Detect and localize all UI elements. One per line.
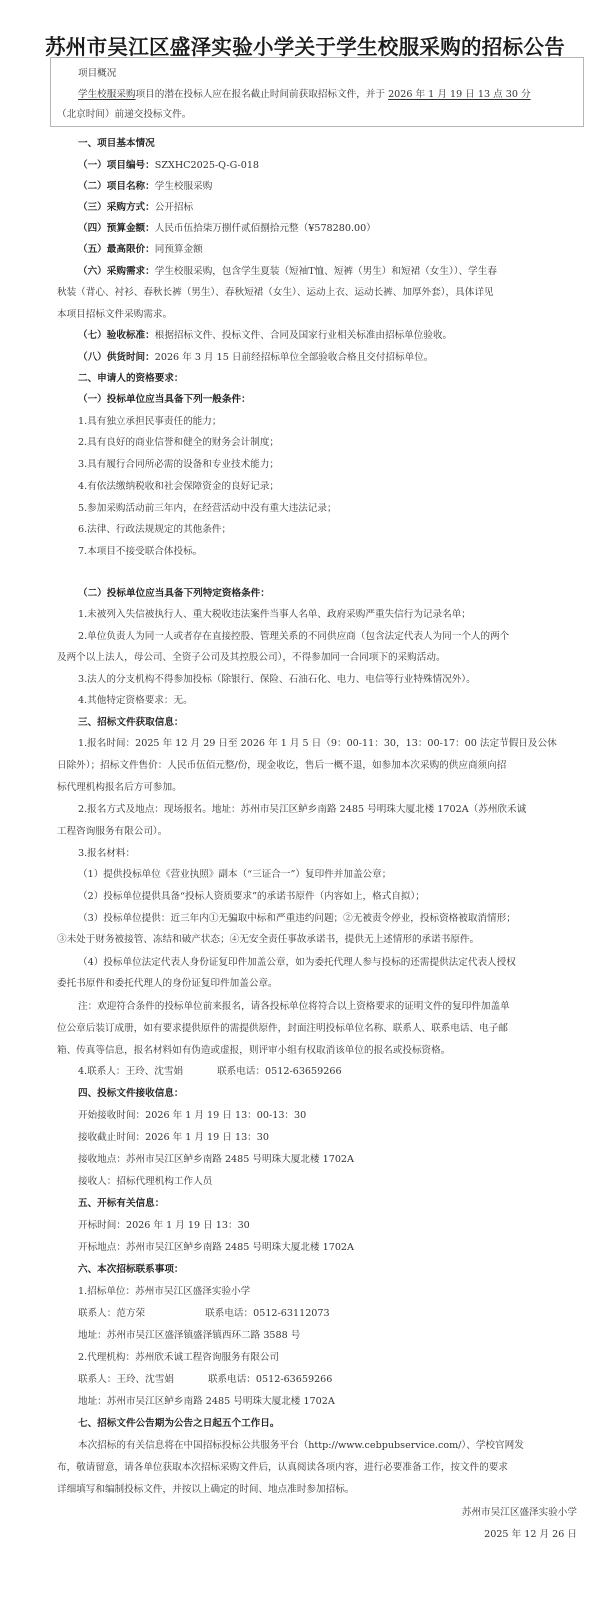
section-2-heading: 二、申请人的资格要求： (78, 372, 598, 385)
overview-heading: 项目概况 (78, 67, 598, 80)
general-condition: 1.具有独立承担民事责任的能力； (78, 415, 598, 428)
specific-conditions-heading: （二）投标单位应当具备下列特定资格条件： (78, 587, 598, 600)
material-item: （1）提供投标单位《营业执照》副本（“三证合一”）复印件并加盖公章； (78, 868, 598, 881)
specific-condition: 2.单位负责人为同一人或者存在直接控股、管理关系的不同供应商（包含法定代表人为同… (78, 630, 598, 643)
material-item: （4）投标单位法定代表人身份证复印件加盖公章，如为委托代理人参与投标的还需提供法… (78, 956, 598, 969)
tenderer-name: 1.招标单位：苏州市吴江区盛泽实验小学 (78, 1285, 598, 1298)
specific-condition-cont: 及两个以上法人，母公司、全资子公司及其控股公司），不得参加同一合同项下的采购活动… (57, 651, 577, 664)
registration-time-cont: 标代理机构报名后方可参加。 (57, 781, 577, 794)
section-7-heading: 七、招标文件公告期为公告之日起五个工作日。 (78, 1417, 598, 1430)
agency-name: 2.代理机构：苏州欣禾诚工程咨询服务有限公司 (78, 1351, 598, 1364)
specific-condition: 3.法人的分支机构不得参加投标（除银行、保险、石油石化、电力、电信等行业特殊情况… (78, 673, 598, 686)
section-5-heading: 五、开标有关信息： (78, 1197, 598, 1210)
general-condition: 5.参加采购活动前三年内，在经营活动中没有重大违法记录； (78, 502, 598, 515)
material-item: （2）投标单位提供具备“投标人资质要求”的承诺书原件（内容如上，格式自拟）； (78, 890, 598, 903)
signature-org: 苏州市吴江区盛泽实验小学 (462, 1506, 577, 1519)
registration-method: 2.报名方式及地点：现场报名。地址：苏州市吴江区鲈乡南路 2485 号明珠大厦北… (78, 803, 598, 816)
general-condition: 4.有依法缴纳税收和社会保障资金的良好记录； (78, 480, 598, 493)
item-project-name: （二）项目名称：学生校服采购 (78, 180, 598, 193)
note-cont: 位公章后装订成册，如有要求提供原件的需提供原件，封面注明投标单位名称、联系人、联… (57, 1022, 577, 1035)
agency-contact-line: 4.联系人：王玲、沈雪娟联系电话：0512-63659266 (78, 1065, 598, 1078)
material-item-cont: 委托书原件和委托代理人的身份证复印件加盖公章。 (57, 977, 577, 990)
section-4-heading: 四、投标文件接收信息： (78, 1087, 598, 1100)
receipt-info: 接收地点：苏州市吴江区鲈乡南路 2485 号明珠大厦北楼 1702A (78, 1153, 598, 1166)
general-condition: 6.法律、行政法规规定的其他条件； (78, 523, 598, 536)
note-cont: 箱、传真等信息，报名材料如有伪造或虚报，则评审小组有权取消该单位的报名或投标资格… (57, 1044, 577, 1057)
item-max-price: （五）最高限价：同预算金额 (78, 243, 598, 256)
section-6-heading: 六、本次招标联系事项： (78, 1263, 598, 1276)
item-budget: （四）预算金额：人民币伍拾柒万捌仟贰佰捌拾元整（¥578280.00） (78, 222, 598, 235)
general-condition: 7.本项目不接受联合体投标。 (78, 545, 598, 558)
registration-time-cont: 日除外）；招标文件售价：人民币伍佰元整/份，现金收讫，售后一概不退，如参加本次采… (57, 759, 577, 772)
closing-paragraph: 本次招标的有关信息将在中国招标投标公共服务平台（http://www.cebpu… (78, 1439, 598, 1452)
overview-line-2: （北京时间）前递交投标文件。 (57, 108, 577, 121)
item-requirements: （六）采购需求：学生校服采购，包含学生夏装（短袖T恤、短裤（男生）和短裙（女生）… (78, 265, 598, 278)
registration-materials-heading: 3.报名材料： (78, 847, 598, 860)
registration-time: 1.报名时间：2025 年 12 月 29 日至 2026 年 1 月 5 日（… (78, 737, 598, 750)
item-delivery: （八）供货时间：2026 年 3 月 15 日前经招标单位全部验收合格且交付招标… (78, 351, 598, 364)
closing-paragraph-cont: 布，敬请留意，请各单位获取本次招标采购文件后，认真阅读各项内容，进行必要准备工作… (57, 1461, 577, 1474)
opening-info: 开标时间：2026 年 1 月 19 日 13：30 (78, 1219, 598, 1232)
general-conditions-heading: （一）投标单位应当具备下列一般条件： (78, 393, 598, 406)
item-acceptance: （七）验收标准：根据招标文件、投标文件、合同及国家行业相关标准由招标单位验收。 (78, 329, 598, 342)
signature-date: 2025 年 12 月 26 日 (484, 1528, 577, 1541)
item-procurement-method: （三）采购方式：公开招标 (78, 201, 598, 214)
receipt-info: 接收截止时间：2026 年 1 月 19 日 13：30 (78, 1131, 598, 1144)
receipt-info: 接收人：招标代理机构工作人员 (78, 1175, 598, 1188)
agency-address: 地址：苏州市吴江区鲈乡南路 2485 号明珠大厦北楼 1702A (78, 1395, 598, 1408)
specific-condition: 4.其他特定资格要求：无。 (78, 694, 598, 707)
material-item: （3）投标单位提供：近三年内①无骗取中标和严重违约问题；②无被责令停业，投标资格… (78, 912, 598, 925)
overview-line-1: 学生校服采购项目的潜在投标人应在报名截止时间前获取招标文件，并于 2026 年 … (78, 88, 598, 101)
deadline-text: 2026 年 1 月 19 日 13 点 30 分 (388, 89, 531, 100)
general-condition: 3.具有履行合同所必需的设备和专业技术能力； (78, 458, 598, 471)
tenderer-contact-line: 联系人：范方荣联系电话：0512-63112073 (78, 1307, 598, 1320)
receipt-info: 开始接收时间：2026 年 1 月 19 日 13：00-13：30 (78, 1109, 598, 1122)
project-name-link[interactable]: 学生校服采购 (78, 89, 136, 100)
specific-condition: 1.未被列入失信被执行人、重大税收违法案件当事人名单、政府采购严重失信行为记录名… (78, 608, 598, 621)
section-1-heading: 一、项目基本情况 (78, 137, 598, 150)
material-item-cont: ③未处于财务被接管、冻结和破产状态；④无安全责任事故承诺书，提供无上述情形的承诺… (57, 933, 577, 946)
section-3-heading: 三、招标文件获取信息： (78, 716, 598, 729)
page-title: 苏州市吴江区盛泽实验小学关于学生校服采购的招标公告 (0, 30, 610, 60)
registration-method-cont: 工程咨询服务有限公司）。 (57, 825, 577, 838)
general-condition: 2.具有良好的商业信誉和健全的财务会计制度； (78, 436, 598, 449)
tenderer-address: 地址：苏州市吴江区盛泽镇盛泽镇西环二路 3588 号 (78, 1329, 598, 1342)
note: 注：欢迎符合条件的投标单位前来报名，请各投标单位将符合以上资格要求的证明文件的复… (78, 1000, 598, 1013)
opening-info: 开标地点：苏州市吴江区鲈乡南路 2485 号明珠大厦北楼 1702A (78, 1241, 598, 1254)
agency-contact-line: 联系人：王玲、沈雪娟联系电话：0512-63659266 (78, 1373, 598, 1386)
item-requirements-cont-1: 秋装（背心、衬衫、春秋长裤（男生）、春秋短裙（女生）、运动上衣、运动长裤、加厚外… (57, 286, 577, 299)
closing-paragraph-cont: 详细填写和编制投标文件，并按以上确定的时间、地点准时参加招标。 (57, 1483, 577, 1496)
item-requirements-cont-2: 本项目招标文件采购需求。 (57, 308, 577, 321)
item-project-number: （一）项目编号：SZXHC2025-Q-G-018 (78, 159, 598, 172)
